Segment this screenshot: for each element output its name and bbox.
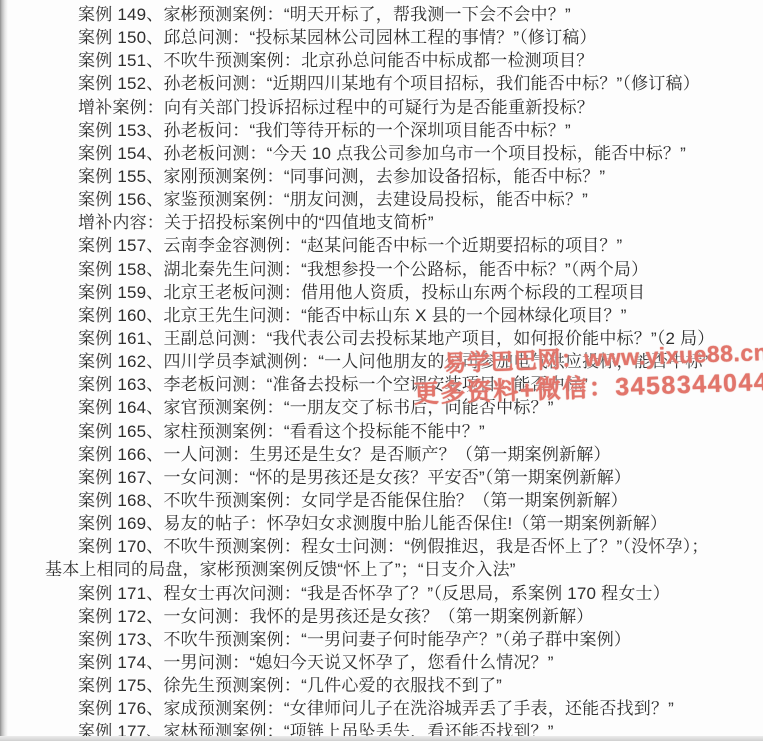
case-line: 案例 160、北京王先生问测：“能否中标山东 X 县的一个园林绿化项目？” <box>0 304 763 327</box>
case-line: 案例 170、不吹牛预测案例：程女士问测：“例假推迟，我是否怀上了？”（没怀孕）… <box>0 535 763 558</box>
case-line: 案例 156、家鉴预测案例：“朋友问测，去建设局投标，能否中标？” <box>0 188 763 211</box>
case-line: 案例 153、孙老板问：“我们等待开标的一个深圳项目能否中标？” <box>0 119 763 142</box>
case-line: 案例 172、一女问测：我怀的是男孩还是女孩？（第一期案例新解） <box>0 605 763 628</box>
case-line: 案例 150、邱总问测：“投标某园林公司园林工程的事情？”（修订稿） <box>0 26 763 49</box>
case-line: 案例 151、不吹牛预测案例：北京孙总问能否中标成都一检测项目？ <box>0 49 763 72</box>
case-line: 案例 168、不吹牛预测案例：女同学是否能保住胎？（第一期案例新解） <box>0 489 763 512</box>
case-line: 案例 158、湖北秦先生问测：“我想参投一个公路标，能否中标？”（两个局） <box>0 258 763 281</box>
case-line: 案例 173、不吹牛预测案例：“一男问妻子何时能孕产？”（弟子群中案例） <box>0 628 763 651</box>
case-line: 案例 157、云南李金容测例：“赵某问能否中标一个近期要招标的项目？” <box>0 234 763 257</box>
watermark: 易学巴巴网：www.yixue88.cn 更多资料+微信：3458344044 <box>413 337 763 409</box>
case-line: 案例 154、孙老板问测：“今天 10 点我公司参加乌市一个项目投标，能否中标？… <box>0 142 763 165</box>
case-line: 案例 171、程女士再次问测：“我是否怀孕了？”（反思局，系案例 170 程女士… <box>0 582 763 605</box>
case-line: 案例 159、北京王老板问测：借用他人资质，投标山东两个标段的工程项目 <box>0 281 763 304</box>
case-line: 案例 176、家成预测案例：“女律师问儿子在洗浴城弄丢了手表，还能否找到？” <box>0 697 763 720</box>
scanned-document-page: 案例 149、家彬预测案例：“明天开标了，帮我测一下会不会中？”案例 150、邱… <box>0 0 763 741</box>
case-line: 案例 174、一男问测：“媳妇今天说又怀孕了，您看什么情况？” <box>0 651 763 674</box>
case-line: 案例 165、家柱预测案例：“看看这个投标能不能中？” <box>0 420 763 443</box>
scan-edge-shadow-left <box>0 0 8 741</box>
case-line: 案例 149、家彬预测案例：“明天开标了，帮我测一下会不会中？” <box>0 3 763 26</box>
case-line: 增补内容：关于招投标案例中的“四值地支简析” <box>0 211 763 234</box>
case-line: 案例 169、易友的帖子：怀孕妇女求测腹中胎儿能否保住!（第一期案例新解） <box>0 512 763 535</box>
case-line: 案例 155、家刚预测案例：“同事问测，去参加设备招标，能否中标？” <box>0 165 763 188</box>
case-line: 案例 167、一女问测：“怀的是男孩还是女孩？平安否”（第一期案例新解） <box>0 466 763 489</box>
case-line: 基本上相同的局盘，家彬预测案例反馈“怀上了”；“日支介入法” <box>0 558 763 581</box>
scan-edge-shadow-bottom <box>0 736 763 741</box>
case-line: 案例 175、徐先生预测案例：“几件心爱的衣服找不到了” <box>0 674 763 697</box>
case-line: 增补案例：向有关部门投诉招标过程中的可疑行为是否能重新投标？ <box>0 96 763 119</box>
case-line: 案例 166、一人问测：生男还是生女？是否顺产？（第一期案例新解） <box>0 443 763 466</box>
case-line: 案例 152、孙老板问测：“近期四川某地有个项目招标，我们能否中标？”（修订稿） <box>0 72 763 95</box>
